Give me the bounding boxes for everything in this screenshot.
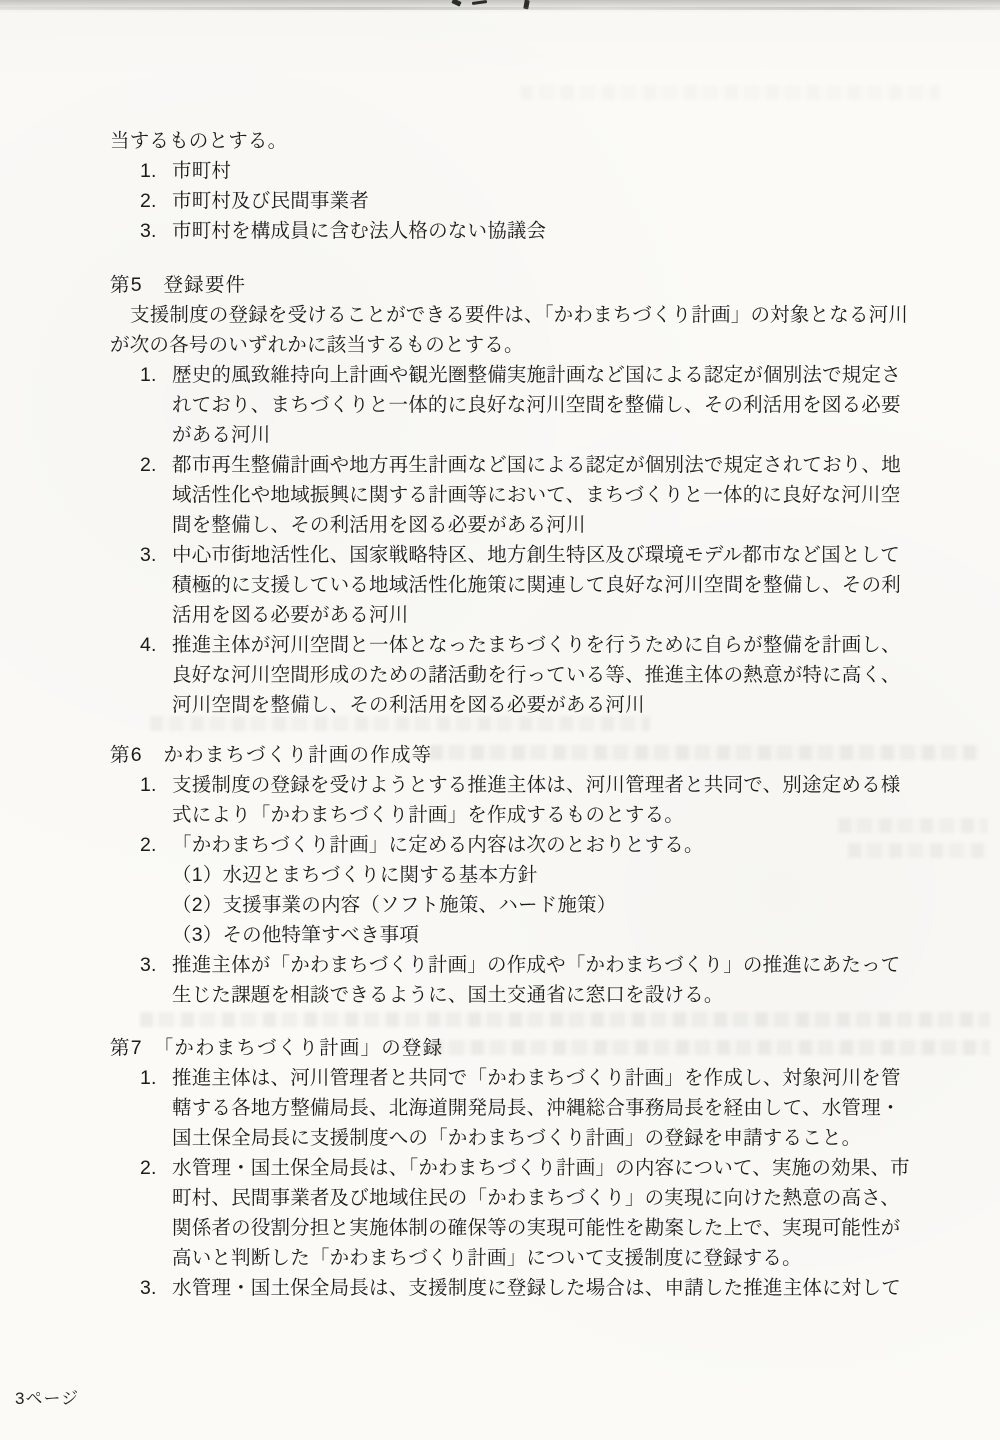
list-text: 推進主体が「かわまちづくり計画」の作成や「かわまちづくり」の推進にあたって: [172, 954, 901, 976]
list-item-line: 1.推進主体は、河川管理者と共同で「かわまちづくり計画」を作成し、対象河川を管: [140, 1063, 1000, 1093]
text-line: がある河川: [172, 420, 1000, 450]
text-line: 町村、民間事業者及び地域住民の「かわまちづくり」の実現に向けた熱意の高さ、: [172, 1183, 1000, 1213]
text-line: 間を整備し、その利活用を図る必要がある河川: [172, 510, 1000, 540]
list-text: 支援制度の登録を受けようとする推進主体は、河川管理者と共同で、別途定める様: [172, 774, 901, 796]
text-line: 式により「かわまちづくり計画」を作成するものとする。: [172, 800, 1000, 830]
scanned-document-page: 当するものとする。1.市町村2.市町村及び民間事業者3.市町村を構成員に含む法人…: [0, 0, 1000, 1440]
list-number: 2.: [140, 186, 172, 216]
list-item-line: 3.中心市街地活性化、国家戦略特区、地方創生特区及び環境モデル都市など国として: [140, 540, 1000, 570]
list-item-line: 1.支援制度の登録を受けようとする推進主体は、河川管理者と共同で、別途定める様: [140, 770, 1000, 800]
list-text: 都市再生整備計画や地方再生計画など国による認定が個別法で規定されており、地: [172, 454, 901, 476]
list-text: 水管理・国土保全局長は、「かわまちづくり計画」の内容について、実施の効果、市: [172, 1157, 910, 1179]
list-item-line: 3.推進主体が「かわまちづくり計画」の作成や「かわまちづくり」の推進にあたって: [140, 950, 1000, 980]
list-text: 水管理・国土保全局長は、支援制度に登録した場合は、申請した推進主体に対して: [172, 1277, 901, 1299]
document-body: 当するものとする。1.市町村2.市町村及び民間事業者3.市町村を構成員に含む法人…: [0, 126, 1000, 1303]
list-item-line: 1.歴史的風致維持向上計画や観光圏整備実施計画など国による認定が個別法で規定さ: [140, 360, 1000, 390]
blank-line: [0, 720, 1000, 740]
text-line: 積極的に支援している地域活性化施策に関連して良好な河川空間を整備し、その利: [172, 570, 1000, 600]
list-text: 「かわまちづくり計画」に定める内容は次のとおりとする。: [172, 834, 704, 856]
list-text: 歴史的風致維持向上計画や観光圏整備実施計画など国による認定が個別法で規定さ: [172, 364, 901, 386]
sub-item-line: （3）その他特筆すべき事項: [172, 920, 1000, 950]
section-heading: 第5 登録要件: [110, 270, 1000, 300]
list-number: 3.: [140, 950, 172, 980]
list-text: 推進主体は、河川管理者と共同で「かわまちづくり計画」を作成し、対象河川を管: [172, 1067, 901, 1089]
text-line: 轄する各地方整備局長、北海道開発局長、沖縄総合事務局長を経由して、水管理・: [172, 1093, 1000, 1123]
list-text: 市町村: [172, 160, 231, 182]
text-line: が次の各号のいずれかに該当するものとする。: [110, 330, 1000, 360]
text-line: 関係者の役割分担と実施体制の確保等の実現可能性を勘案した上で、実現可能性が: [172, 1213, 1000, 1243]
text-line: 活用を図る必要がある河川: [172, 600, 1000, 630]
list-item-line: 4.推進主体が河川空間と一体となったまちづくりを行うために自らが整備を計画し、: [140, 630, 1000, 660]
list-number: 1.: [140, 156, 172, 186]
list-number: 3.: [140, 1273, 172, 1303]
text-line: 高いと判断した「かわまちづくり計画」について支援制度に登録する。: [172, 1243, 1000, 1273]
section-heading: 第7 「かわまちづくり計画」の登録: [110, 1033, 1000, 1063]
sub-item-line: （1）水辺とまちづくりに関する基本方針: [172, 860, 1000, 890]
ink-speck: [472, 0, 487, 5]
list-item-line: 3.水管理・国土保全局長は、支援制度に登録した場合は、申請した推進主体に対して: [140, 1273, 1000, 1303]
list-item-line: 1.市町村: [140, 156, 1000, 186]
list-number: 3.: [140, 216, 172, 246]
text-line: 支援制度の登録を受けることができる要件は、「かわまちづくり計画」の対象となる河川: [130, 300, 1000, 330]
text-line: 当するものとする。: [110, 126, 1000, 156]
scan-edge-artifact: [0, 0, 1000, 13]
list-item-line: 2.水管理・国土保全局長は、「かわまちづくり計画」の内容について、実施の効果、市: [140, 1153, 1000, 1183]
section-heading: 第6 かわまちづくり計画の作成等: [110, 740, 1000, 770]
text-line: 良好な河川空間形成のための諸活動を行っている等、推進主体の熱意が特に高く、: [172, 660, 1000, 690]
blank-line: [0, 1010, 1000, 1033]
list-text: 市町村を構成員に含む法人格のない協議会: [172, 220, 546, 242]
list-number: 1.: [140, 360, 172, 390]
list-item-line: 2.「かわまちづくり計画」に定める内容は次のとおりとする。: [140, 830, 1000, 860]
list-text: 市町村及び民間事業者: [172, 190, 369, 212]
sub-item-line: （2）支援事業の内容（ソフト施策、ハード施策）: [172, 890, 1000, 920]
list-text: 推進主体が河川空間と一体となったまちづくりを行うために自らが整備を計画し、: [172, 634, 901, 656]
list-number: 2.: [140, 830, 172, 860]
text-line: 国土保全局長に支援制度への「かわまちづくり計画」の登録を申請すること。: [172, 1123, 1000, 1153]
text-line: 河川空間を整備し、その利活用を図る必要がある河川: [172, 690, 1000, 720]
page-number: 3ページ: [15, 1384, 79, 1409]
list-number: 1.: [140, 1063, 172, 1093]
text-line: 生じた課題を相談できるように、国土交通省に窓口を設ける。: [172, 980, 1000, 1010]
ink-speck: [523, 0, 529, 9]
bleedthrough-artifact: [520, 85, 940, 100]
list-number: 1.: [140, 770, 172, 800]
list-item-line: 3.市町村を構成員に含む法人格のない協議会: [140, 216, 1000, 246]
list-text: 中心市街地活性化、国家戦略特区、地方創生特区及び環境モデル都市など国として: [172, 544, 900, 566]
list-number: 2.: [140, 1153, 172, 1183]
text-line: れており、まちづくりと一体的に良好な河川空間を整備し、その利活用を図る必要: [172, 390, 1000, 420]
list-number: 3.: [140, 540, 172, 570]
ink-speck: [451, 0, 461, 7]
text-line: 域活性化や地域振興に関する計画等において、まちづくりと一体的に良好な河川空: [172, 480, 1000, 510]
list-number: 4.: [140, 630, 172, 660]
list-number: 2.: [140, 450, 172, 480]
list-item-line: 2.都市再生整備計画や地方再生計画など国による認定が個別法で規定されており、地: [140, 450, 1000, 480]
list-item-line: 2.市町村及び民間事業者: [140, 186, 1000, 216]
blank-line: [0, 246, 1000, 270]
